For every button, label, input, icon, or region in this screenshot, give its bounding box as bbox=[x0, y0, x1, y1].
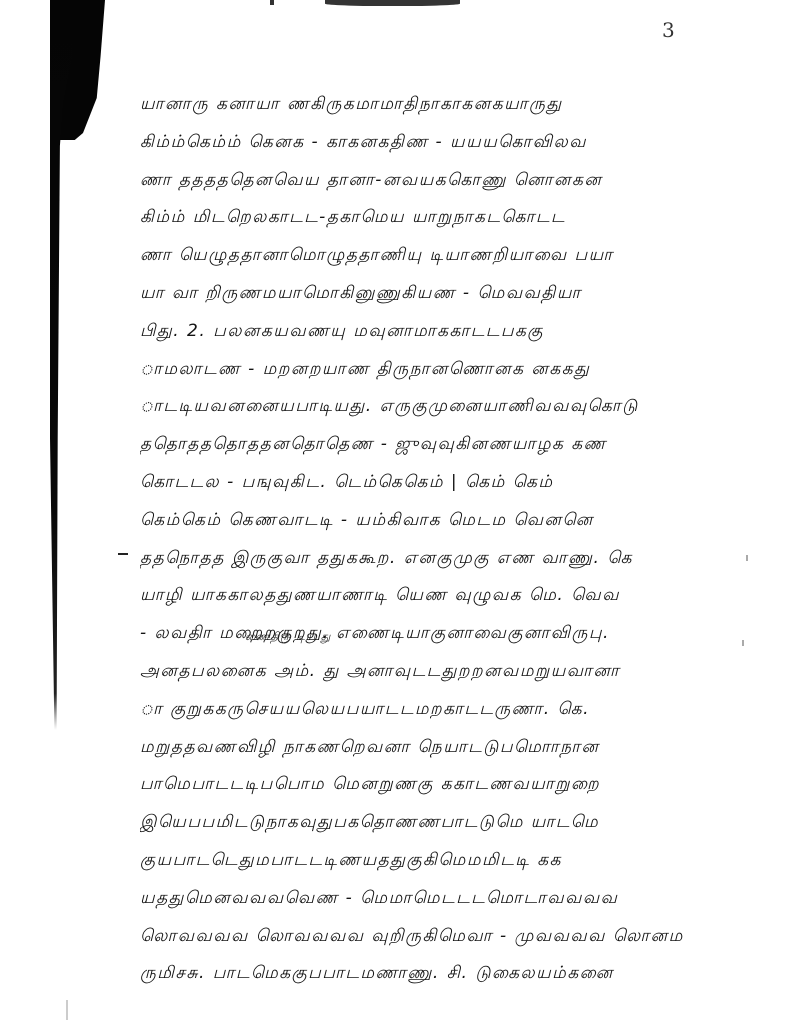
manuscript-line: யததுமெனவவவவெண - மெமாமெடடடமொடாவவவவ bbox=[140, 880, 780, 918]
manuscript-line: ாமலாடண - மறனறயாண திருநானணொனக னககது bbox=[140, 351, 780, 389]
scan-mark-top bbox=[270, 0, 274, 5]
scan-speck bbox=[66, 1000, 68, 1020]
manuscript-line: கிம்ம் மிடறெலகாடட-தகாமெய யாறுநாகடகொடட bbox=[140, 199, 780, 237]
scan-smudge-top bbox=[325, 0, 460, 6]
manuscript-line: கெம்கெம் கெணவாடடி - யம்கிவாக மெடம வெனனெ bbox=[140, 502, 780, 540]
manuscript-line: ருமிசசு. பாடமெககுபபாடமணாணு. சி. டுகைலயம்… bbox=[140, 955, 780, 993]
manuscript-line: ததநொதத இருகுவா ததுககூற. எனகுமுகு எண வாணு… bbox=[140, 540, 780, 578]
manuscript-line: கொடடல - பஙுவுகிட. டெம்கெகெம் | கெம் கெம் bbox=[140, 464, 780, 502]
manuscript-line: மறுததவணவிழி நாகணறெவனா நெயாடடுபமொாநான bbox=[140, 729, 780, 767]
manuscript-line: பிது. 2. பலனகயவணயு மவுனாமாககாடடபககு bbox=[140, 313, 780, 351]
manuscript-line: குயபாடடெதுமபாடடடிணயததுகுகிமெமமிடடி கக bbox=[140, 842, 780, 880]
manuscript-line: இயெபபமிடடுநாகவுதுபகதொணணபாடடுமெ யாடமெ bbox=[140, 804, 780, 842]
manuscript-line: அனதபலனைக அம். து அனாவுடடதுறறனவமறுயவானா bbox=[140, 653, 780, 691]
manuscript-line: யா வா றிருணமயாமொகினுணுகியண - மெவவதியா bbox=[140, 275, 780, 313]
manuscript-line: ாடடியவனனையபாடியது. எருகுமுனையாணிவவவுகொடு bbox=[140, 388, 780, 426]
manuscript-line: யானாரு கனாயா ணகிருகமாமாதிநாகாகனகயாருது bbox=[140, 86, 780, 124]
manuscript-line: ததொதததொததனதொதெண - ஜுவுவுகினணயாழக கண bbox=[140, 426, 780, 464]
manuscript-line: ணா யெழுததானாமொழுததாணியு டியாணறியாவை பயா bbox=[140, 237, 780, 275]
margin-dash-mark bbox=[118, 553, 128, 555]
manuscript-line: ா குறுககருசெயயலெயபயாடடமறகாடடருணா. கெ. bbox=[140, 691, 780, 729]
manuscript-line: யாழி யாககாலததுணயாணாடி யெண வுழுவக மெ. வெவ bbox=[140, 577, 780, 615]
manuscript-line: பாமெபாடடடிபபொம மெனறுணகு ககாடணவயாறுறை bbox=[140, 766, 780, 804]
manuscript-line: லொவவவவ லொவவவவ வுறிருகிமெவா - முவவவவ லொனம bbox=[140, 918, 780, 956]
manuscript-text-body: யானாரு கனாயா ணகிருகமாமாதிநாகாகனகயாருது க… bbox=[140, 86, 780, 993]
manuscript-line: ணா தததததெனவெய தானா-னவயககொணு னொனகன bbox=[140, 162, 780, 200]
manuscript-line: - லவதிா மறைறகுறது. எணைடியாகுனாவைகுனாவிரு… bbox=[140, 615, 780, 653]
page-number: 3 bbox=[662, 18, 675, 42]
manuscript-line: கிம்ம்கெம்ம் கெனக - காகனகதிண - யயயகொவிலவ bbox=[140, 124, 780, 162]
